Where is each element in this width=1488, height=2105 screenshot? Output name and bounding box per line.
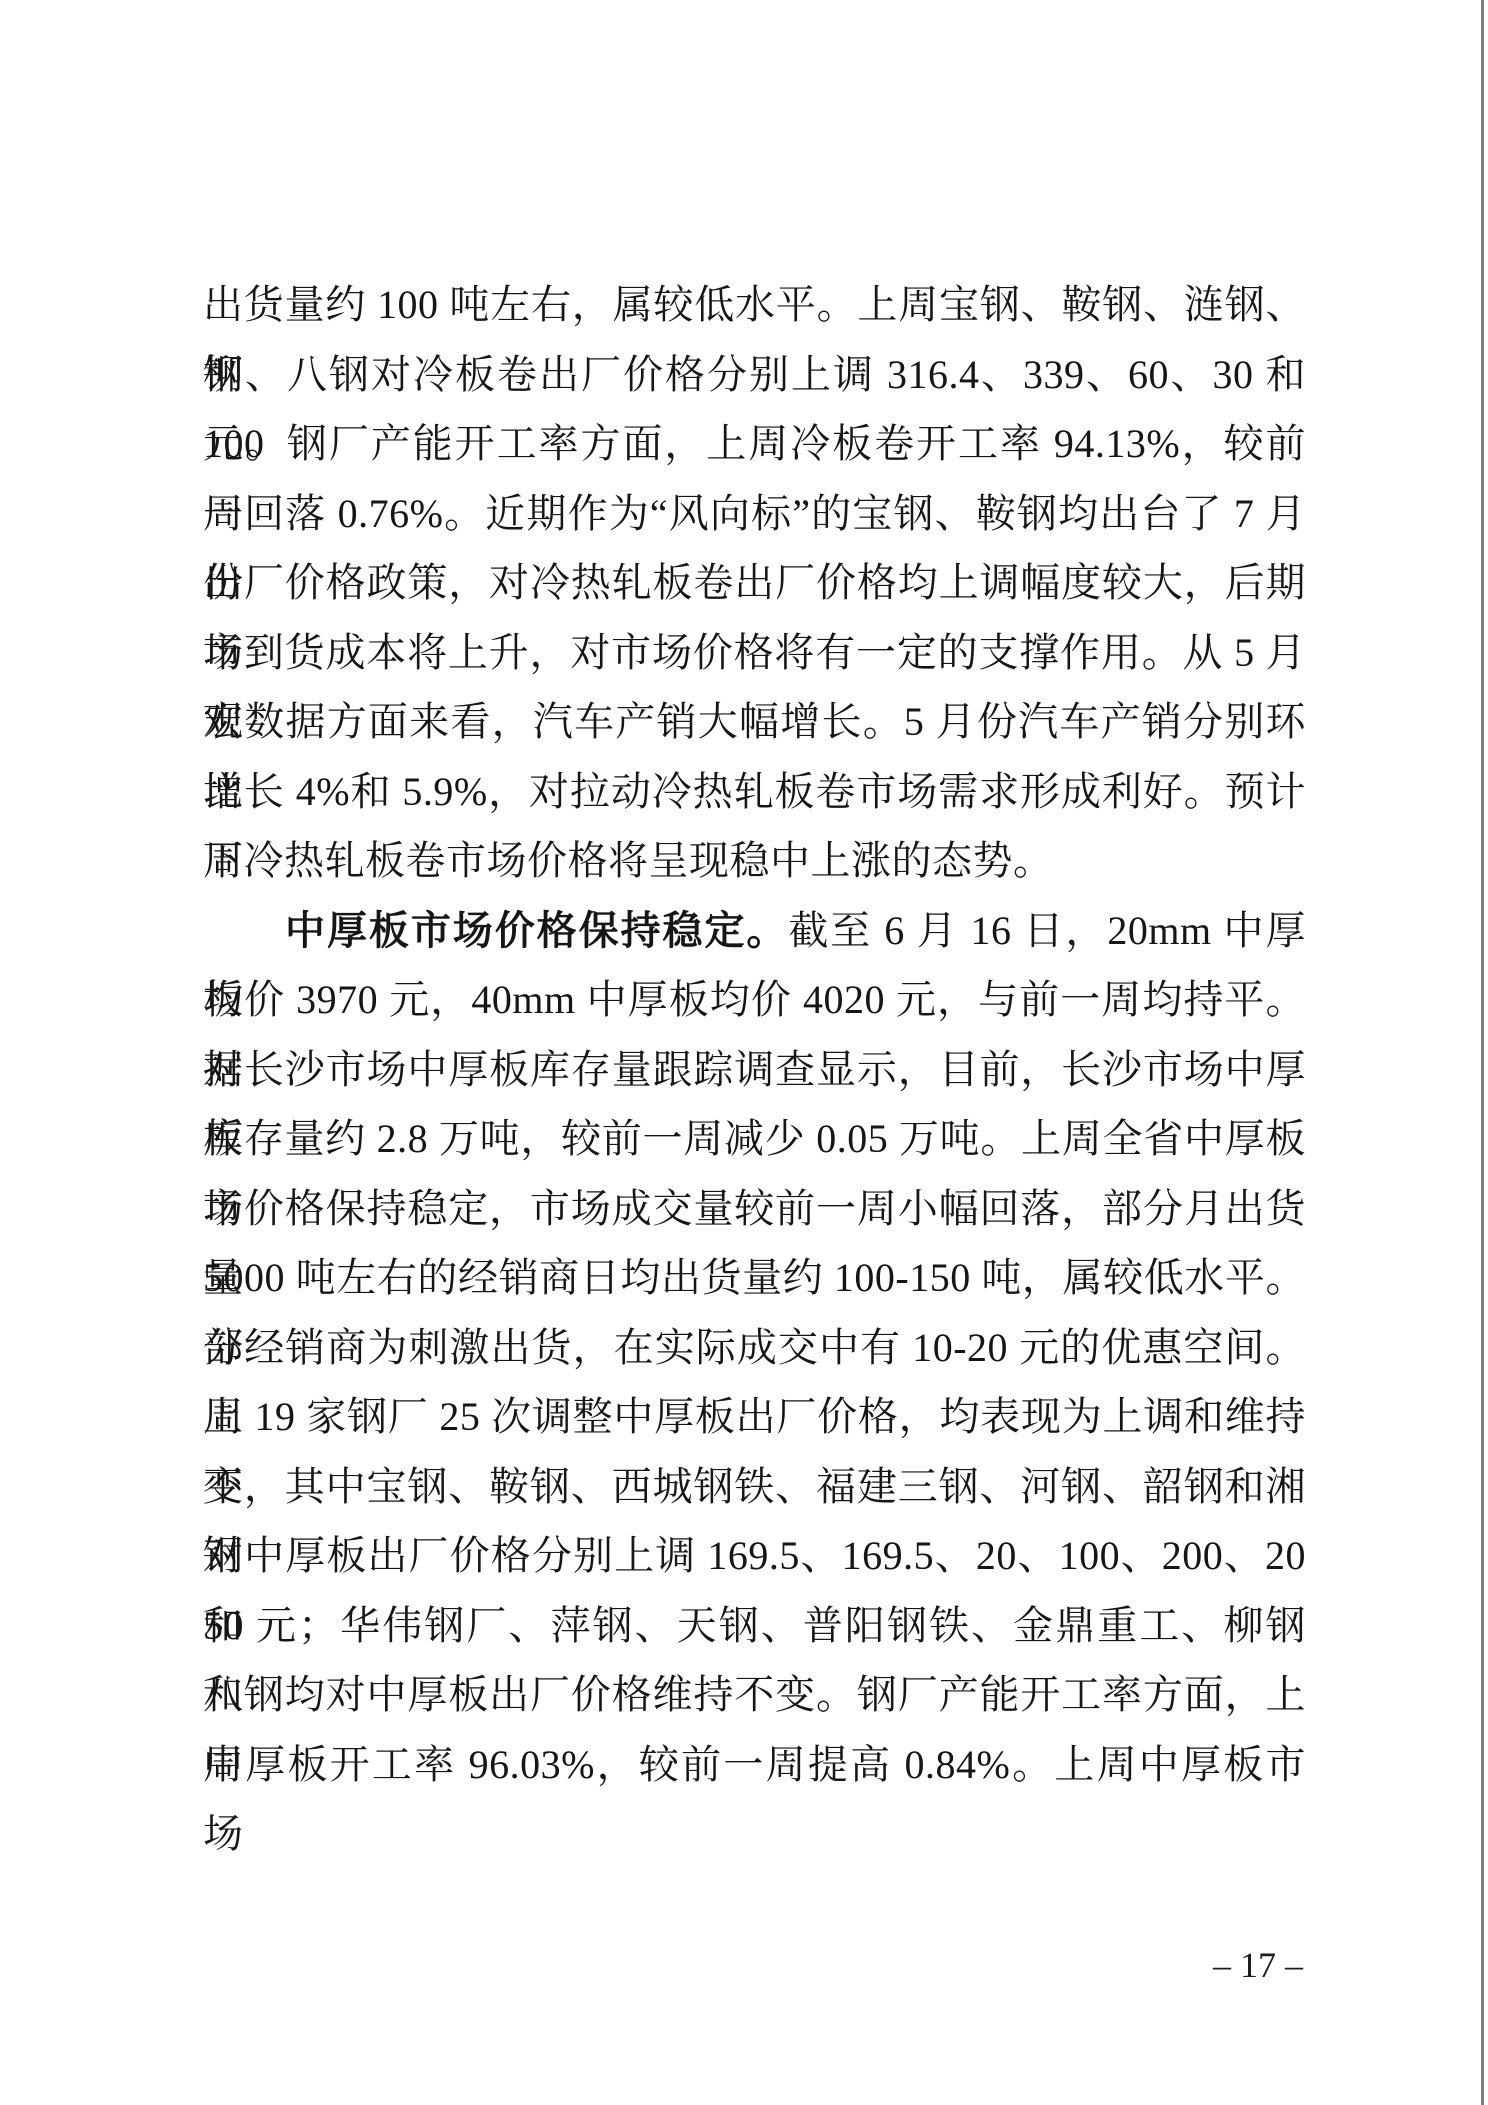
text-line: 八钢均对中厚板出厂价格维持不变。钢厂产能开工率方面，上周	[203, 1660, 1306, 1730]
text-line: 周冷热轧板卷市场价格将呈现稳中上涨的态势。	[203, 826, 1306, 896]
paragraph-medium-plate: 中厚板市场价格保持稳定。截至 6 月 16 日，20mm 中厚板 均价 3970…	[203, 896, 1306, 1800]
text-line: 出货量约 100 吨左右，属较低水平。上周宝钢、鞍钢、涟钢、柳	[203, 270, 1306, 340]
text-line: 观数据方面来看，汽车产销大幅增长。5 月份汽车产销分别环比	[203, 687, 1306, 757]
text-line: 元。钢厂产能开工率方面，上周冷板卷开工率 94.13%，较前一	[203, 409, 1306, 479]
text-line: 变，其中宝钢、鞍钢、西城钢铁、福建三钢、河钢、韶钢和湘钢	[203, 1452, 1306, 1522]
paragraph-heading: 中厚板市场价格保持稳定。	[285, 908, 788, 953]
text-line: 中厚板开工率 96.03%，较前一周提高 0.84%。上周中厚板市场	[203, 1730, 1306, 1800]
document-page: 出货量约 100 吨左右，属较低水平。上周宝钢、鞍钢、涟钢、柳 钢、八钢对冷板卷…	[0, 0, 1488, 2105]
text-line: 5000 吨左右的经销商日均出货量约 100-150 吨，属较低水平。部	[203, 1243, 1306, 1313]
text-line: 50 元；华伟钢厂、萍钢、天钢、普阳钢铁、金鼎重工、柳钢和	[203, 1591, 1306, 1661]
text-line: 出厂价格政策，对冷热轧板卷出厂价格均上调幅度较大，后期市	[203, 548, 1306, 618]
text-line: 对中厚板出厂价格分别上调 169.5、169.5、20、100、200、20 和	[203, 1521, 1306, 1591]
scan-edge-line	[1481, 0, 1484, 2105]
page-body-text: 出货量约 100 吨左右，属较低水平。上周宝钢、鞍钢、涟钢、柳 钢、八钢对冷板卷…	[203, 270, 1306, 1799]
text-line: 增长 4%和 5.9%，对拉动冷热轧板卷市场需求形成利好。预计下	[203, 757, 1306, 827]
text-line: 中厚板市场价格保持稳定。截至 6 月 16 日，20mm 中厚板	[203, 896, 1306, 966]
text-line: 分经销商为刺激出货，在实际成交中有 10-20 元的优惠空间。上	[203, 1313, 1306, 1383]
text-line: 周回落 0.76%。近期作为“风向标”的宝钢、鞍钢均出台了 7 月份	[203, 479, 1306, 549]
text-line: 钢、八钢对冷板卷出厂价格分别上调 316.4、339、60、30 和 100	[203, 340, 1306, 410]
text-line: 库存量约 2.8 万吨，较前一周减少 0.05 万吨。上周全省中厚板市	[203, 1104, 1306, 1174]
text-line: 场价格保持稳定，市场成交量较前一周小幅回落，部分月出货量	[203, 1174, 1306, 1244]
text-line: 均价 3970 元，40mm 中厚板均价 4020 元，与前一周均持平。据	[203, 965, 1306, 1035]
text-line: 对长沙市场中厚板库存量跟踪调查显示，目前，长沙市场中厚板	[203, 1035, 1306, 1105]
paragraph-cold-rolled-coil: 出货量约 100 吨左右，属较低水平。上周宝钢、鞍钢、涟钢、柳 钢、八钢对冷板卷…	[203, 270, 1306, 896]
text-line: 场到货成本将上升，对市场价格将有一定的支撑作用。从 5 月宏	[203, 618, 1306, 688]
text-line: 周 19 家钢厂 25 次调整中厚板出厂价格，均表现为上调和维持不	[203, 1382, 1306, 1452]
page-number: – 17 –	[1148, 1944, 1368, 1986]
